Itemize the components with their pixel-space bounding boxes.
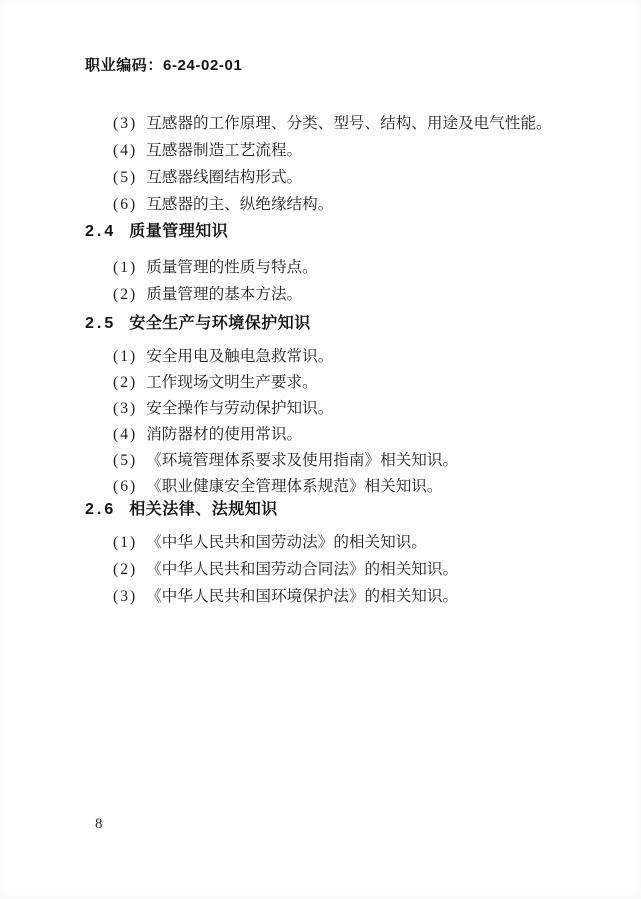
item-number: (3): [113, 110, 137, 137]
item-text: 质量管理的性质与特点。: [146, 259, 318, 276]
item-number: (1): [113, 254, 137, 281]
list-item: (5)互感器线圈结构形式。: [113, 164, 552, 191]
list-item: (3)安全操作与劳动保护知识。: [113, 396, 458, 422]
knowledge-list-2-6: (1)《中华人民共和国劳动法》的相关知识。 (2)《中华人民共和国劳动合同法》的…: [113, 529, 458, 610]
section-heading-2-6: 2.6相关法律、法规知识: [85, 496, 278, 519]
occupation-code-header: 职业编码：6-24-02-01: [85, 54, 242, 75]
section-number: 2.5: [85, 315, 116, 333]
item-text: 《中华人民共和国劳动法》的相关知识。: [146, 534, 427, 551]
item-number: (6): [113, 191, 137, 218]
list-item: (1)质量管理的性质与特点。: [113, 254, 318, 281]
item-text: 《中华人民共和国劳动合同法》的相关知识。: [146, 561, 458, 578]
item-text: 《职业健康安全管理体系规范》相关知识。: [146, 478, 442, 495]
item-text: 安全操作与劳动保护知识。: [146, 400, 333, 417]
item-number: (1): [113, 344, 137, 370]
list-item: (4)消防器材的使用常识。: [113, 422, 458, 448]
section-number: 2.4: [85, 223, 116, 241]
item-number: (4): [113, 137, 137, 164]
list-item: (2)质量管理的基本方法。: [113, 281, 318, 308]
page-number: 8: [95, 816, 103, 833]
list-item: (4)互感器制造工艺流程。: [113, 137, 552, 164]
item-text: 工作现场文明生产要求。: [146, 374, 318, 391]
section-heading-2-4: 2.4质量管理知识: [85, 218, 228, 241]
item-text: 互感器的工作原理、分类、型号、结构、用途及电气性能。: [146, 115, 551, 132]
knowledge-list-2-5: (1)安全用电及触电急救常识。 (2)工作现场文明生产要求。 (3)安全操作与劳…: [113, 344, 458, 500]
item-number: (2): [113, 281, 137, 308]
list-item: (5)《环境管理体系要求及使用指南》相关知识。: [113, 448, 458, 474]
item-number: (1): [113, 529, 137, 556]
item-number: (2): [113, 370, 137, 396]
section-number: 2.6: [85, 501, 116, 519]
item-number: (2): [113, 556, 137, 583]
item-number: (5): [113, 448, 137, 474]
item-text: 互感器线圈结构形式。: [146, 169, 302, 186]
list-item: (1)安全用电及触电急救常识。: [113, 344, 458, 370]
knowledge-list-2-4: (1)质量管理的性质与特点。 (2)质量管理的基本方法。: [113, 254, 318, 308]
knowledge-list-continued: (3)互感器的工作原理、分类、型号、结构、用途及电气性能。 (4)互感器制造工艺…: [113, 110, 552, 218]
item-number: (4): [113, 422, 137, 448]
item-text: 互感器制造工艺流程。: [146, 142, 302, 159]
item-text: 互感器的主、纵绝缘结构。: [146, 196, 333, 213]
list-item: (2)《中华人民共和国劳动合同法》的相关知识。: [113, 556, 458, 583]
item-number: (5): [113, 164, 137, 191]
list-item: (2)工作现场文明生产要求。: [113, 370, 458, 396]
section-heading-2-5: 2.5安全生产与环境保护知识: [85, 310, 311, 333]
list-item: (6)互感器的主、纵绝缘结构。: [113, 191, 552, 218]
section-title: 相关法律、法规知识: [129, 501, 278, 518]
item-number: (3): [113, 583, 137, 610]
section-title: 质量管理知识: [129, 223, 228, 240]
list-item: (3)互感器的工作原理、分类、型号、结构、用途及电气性能。: [113, 110, 552, 137]
item-number: (3): [113, 396, 137, 422]
item-text: 消防器材的使用常识。: [146, 426, 302, 443]
list-item: (3)《中华人民共和国环境保护法》的相关知识。: [113, 583, 458, 610]
item-text: 《中华人民共和国环境保护法》的相关知识。: [146, 588, 458, 605]
list-item: (1)《中华人民共和国劳动法》的相关知识。: [113, 529, 458, 556]
document-page: 职业编码：6-24-02-01 (3)互感器的工作原理、分类、型号、结构、用途及…: [0, 0, 641, 899]
item-text: 《环境管理体系要求及使用指南》相关知识。: [146, 452, 458, 469]
section-title: 安全生产与环境保护知识: [129, 315, 311, 332]
item-text: 安全用电及触电急救常识。: [146, 348, 333, 365]
item-text: 质量管理的基本方法。: [146, 286, 302, 303]
